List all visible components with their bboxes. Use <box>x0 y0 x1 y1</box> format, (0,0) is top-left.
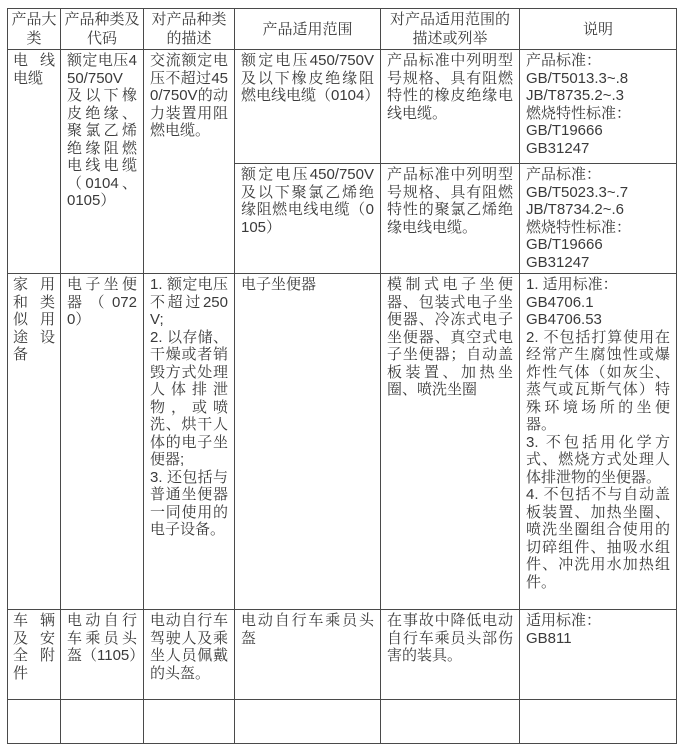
header-category: 产品大类 <box>8 9 61 50</box>
cell-wire-note-0104: 产品标准： GB/T5013.3~.8 JB/T8735.2~.3 燃烧特性标准… <box>520 50 677 164</box>
table-header-row: 产品大类 产品种类及代码 对产品种类的描述 产品适用范围 对产品适用范围的描述或… <box>8 9 677 50</box>
cell-wire-scope-0105: 额定电压450/750V及以下聚氯乙烯绝缘阻燃电线电缆（0105） <box>235 164 381 274</box>
header-scope-description: 对产品适用范围的描述或列举 <box>381 9 520 50</box>
cell-vehicle-kind-code: 电动自行车乘员头盔（1105） <box>61 610 144 698</box>
cell-vehicle-note: 适用标准： GB811 <box>520 610 677 698</box>
cell-wire-kind-description: 交流额定电压不超过450/750V的动力装置用阻燃电缆。 <box>144 50 235 274</box>
cell-vehicle-scope: 电动自行车乘员头盔 <box>235 610 381 698</box>
cell-wire-scope-description-0105: 产品标准中列明型号规格、具有阻燃特性的聚氯乙烯绝缘电线电缆。 <box>381 164 520 274</box>
header-kind-description: 对产品种类的描述 <box>144 9 235 50</box>
cell-wire-note-0105: 产品标准： GB/T5023.3~.7 JB/T8734.2~.6 燃烧特性标准… <box>520 164 677 274</box>
header-kind-code: 产品种类及代码 <box>61 9 144 50</box>
cell-household-scope-description: 模制式电子坐便器、包装式电子坐便器、冷冻式电子坐便器、真空式电子坐便器；自动盖板… <box>381 274 520 610</box>
cell-vehicle-scope-description: 在事故中降低电动自行车乘员头部伤害的装具。 <box>381 610 520 698</box>
cell-household-kind-code: 电子坐便器（0720） <box>61 274 144 610</box>
header-scope: 产品适用范围 <box>235 9 381 50</box>
cell-vehicle-category: 车辆及安全附件 <box>8 610 61 698</box>
table-row: 家用和类似用途设备 电子坐便器（0720） 1. 额定电压不超过250V; 2.… <box>8 274 677 610</box>
cell-wire-scope-0104: 额定电压450/750V及以下橡皮绝缘阻燃电线电缆（0104） <box>235 50 381 164</box>
product-catalog-table: 产品大类 产品种类及代码 对产品种类的描述 产品适用范围 对产品适用范围的描述或… <box>7 8 677 697</box>
header-note: 说明 <box>520 9 677 50</box>
table-row: 车辆及安全附件 电动自行车乘员头盔（1105） 电动自行车驾驶人及乘坐人员佩戴的… <box>8 610 677 698</box>
cell-wire-scope-description-0104: 产品标准中列明型号规格、具有阻燃特性的橡皮绝缘电线电缆。 <box>381 50 520 164</box>
cell-wire-category: 电线电缆 <box>8 50 61 274</box>
cell-vehicle-kind-description: 电动自行车驾驶人及乘坐人员佩戴的头盔。 <box>144 610 235 698</box>
cell-household-kind-description: 1. 额定电压不超过250V; 2. 以存储、干燥或者销毁方式处理人体排泄物，或… <box>144 274 235 610</box>
cell-wire-kind-code: 额定电压450/750V及以下橡皮绝缘、聚氯乙烯绝缘阻燃电线电缆（0104、01… <box>61 50 144 274</box>
table-row: 电线电缆 额定电压450/750V及以下橡皮绝缘、聚氯乙烯绝缘阻燃电线电缆（01… <box>8 50 677 164</box>
cell-household-category: 家用和类似用途设备 <box>8 274 61 610</box>
cell-household-note: 1. 适用标准： GB4706.1 GB4706.53 2. 不包括打算使用在经… <box>520 274 677 610</box>
cell-household-scope: 电子坐便器 <box>235 274 381 610</box>
